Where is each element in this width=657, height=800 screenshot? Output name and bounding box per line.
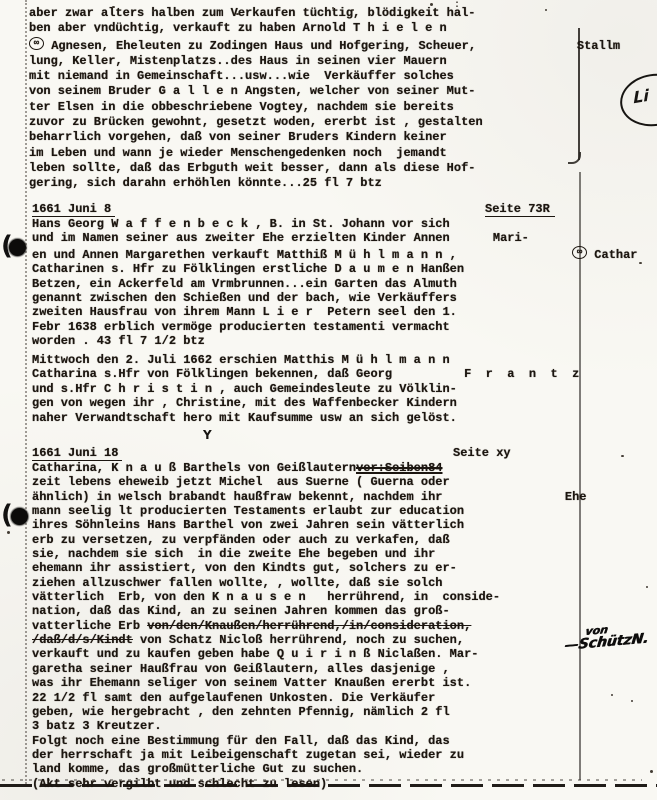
scan-speck bbox=[352, 9, 354, 11]
record-1-page-number: Seite 73R bbox=[485, 202, 555, 217]
overstruck-underlined-text: ver:Seiben84 bbox=[356, 461, 442, 475]
hole-punch-icon bbox=[9, 239, 26, 256]
paragraph-2-text-b: Cathar Catharinen s. Hfr zu Fölklingen e… bbox=[32, 248, 638, 348]
record-heading-2: 1661 Juni 18 Seite xy bbox=[0, 446, 29, 504]
marriage-symbol-icon: ∞ bbox=[29, 37, 44, 50]
marriage-symbol-icon: ∞ bbox=[572, 246, 587, 259]
paragraph-4-text-a: Catharina, K n a u ß Barthels von Geißla… bbox=[32, 461, 356, 475]
paragraph-2-text-a: Hans Georg W a f f e n b e c k , B. in S… bbox=[32, 217, 572, 262]
typewritten-paragraph-3: Mittwoch den 2. Juli 1662 erschien Matth… bbox=[32, 353, 579, 425]
scan-speck bbox=[152, 10, 154, 12]
typewritten-paragraph-1: aber zwar alters halben zum Verkaufen tü… bbox=[29, 6, 620, 192]
scan-speck bbox=[430, 3, 433, 6]
typewritten-paragraph-4: Catharina, K n a u ß Barthels von Geißla… bbox=[32, 461, 587, 791]
record-2-date: 1661 Juni 18 bbox=[32, 446, 122, 461]
scan-speck bbox=[236, 13, 239, 15]
paragraph-1-text-b: Agnesen, Eheleuten zu Zodingen Haus und … bbox=[29, 39, 620, 191]
scan-speck bbox=[611, 694, 613, 696]
scan-speck bbox=[639, 262, 642, 264]
scan-speck bbox=[621, 455, 624, 457]
paragraph-4-text-b: zeit lebens eheweib jetzt Michel aus Sue… bbox=[32, 475, 587, 632]
scan-speck bbox=[332, 7, 334, 9]
ink-speck bbox=[7, 531, 10, 534]
handwritten-circled-annotation: Li bbox=[616, 69, 657, 131]
scan-speck bbox=[631, 700, 633, 702]
paragraph-4-text-c: von Schatz Nicloß herrührend, noch zu su… bbox=[32, 633, 478, 790]
typewritten-paragraph-2: Hans Georg W a f f e n b e c k , B. in S… bbox=[32, 217, 638, 349]
left-margin-dotted-line bbox=[25, 0, 27, 784]
handwritten-caret-mark: Y bbox=[203, 428, 212, 442]
hole-punch-icon bbox=[11, 508, 28, 525]
scanned-document-page: aber zwar alters halben zum Verkaufen tü… bbox=[0, 0, 657, 800]
scan-speck bbox=[112, 6, 115, 8]
scan-speck bbox=[650, 770, 653, 773]
paragraph-3-text: Mittwoch den 2. Juli 1662 erschien Matth… bbox=[32, 353, 579, 425]
scan-speck-colon: : bbox=[454, 0, 460, 11]
scan-speck bbox=[96, 30, 98, 32]
circled-annotation-text: Li bbox=[633, 86, 649, 108]
scan-speck bbox=[545, 9, 547, 11]
record-2-page-number: Seite xy bbox=[453, 446, 511, 460]
scan-speck bbox=[646, 586, 648, 588]
record-1-date: 1661 Juni 8 bbox=[32, 202, 115, 217]
